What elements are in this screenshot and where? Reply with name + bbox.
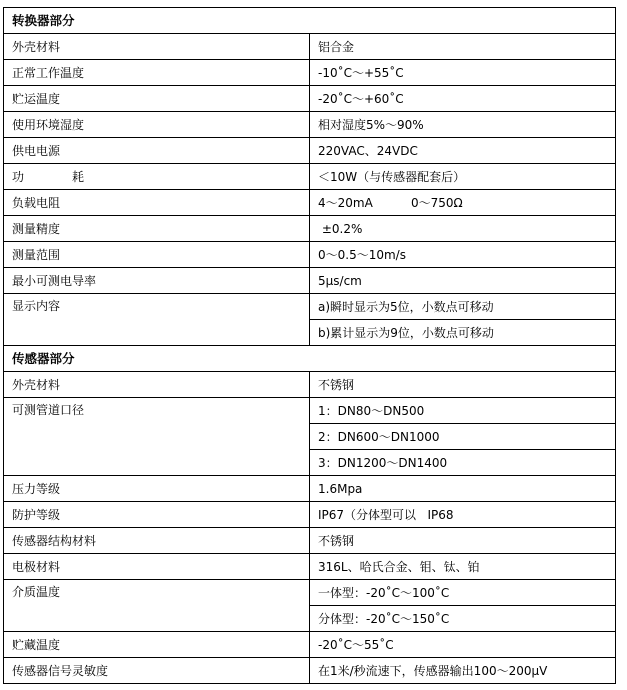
table-row: 贮藏温度 -20˚C～55˚C (4, 632, 616, 658)
row-value: 5μs/cm (310, 268, 616, 294)
table-row: 防护等级 IP67（分体型可以 IP68 (4, 502, 616, 528)
row-label: 压力等级 (4, 476, 310, 502)
section-title-sensor: 传感器部分 (4, 346, 616, 372)
table-row: 压力等级 1.6Mpa (4, 476, 616, 502)
section-title-converter: 转换器部分 (4, 8, 616, 34)
row-label: 外壳材料 (4, 34, 310, 60)
row-value: -20˚C～+60˚C (310, 86, 616, 112)
table-row: 贮运温度 -20˚C～+60˚C (4, 86, 616, 112)
row-value: 铝合金 (310, 34, 616, 60)
table-row: 测量范围 0～0.5～10m/s (4, 242, 616, 268)
row-label: 显示内容 (4, 294, 310, 346)
row-value: 1：DN80～DN500 (310, 398, 616, 424)
row-label: 测量范围 (4, 242, 310, 268)
row-label: 贮藏温度 (4, 632, 310, 658)
row-value: 相对湿度5%～90% (310, 112, 616, 138)
row-value: 不锈钢 (310, 528, 616, 554)
row-label: 测量精度 (4, 216, 310, 242)
row-value: 分体型：-20˚C～150˚C (310, 606, 616, 632)
table-row: 正常工作温度 -10˚C～+55˚C (4, 60, 616, 86)
row-label: 介质温度 (4, 580, 310, 632)
row-value: a)瞬时显示为5位，小数点可移动 (310, 294, 616, 320)
table-row: 显示内容 a)瞬时显示为5位，小数点可移动 (4, 294, 616, 320)
table-row: 外壳材料 铝合金 (4, 34, 616, 60)
row-value: 0～0.5～10m/s (310, 242, 616, 268)
table-row: 负载电阻 4～20mA 0～750Ω (4, 190, 616, 216)
row-value: 3：DN1200～DN1400 (310, 450, 616, 476)
section-header-row: 转换器部分 (4, 8, 616, 34)
table-row: 传感器结构材料 不锈钢 (4, 528, 616, 554)
table-row: 外壳材料 不锈钢 (4, 372, 616, 398)
row-label: 供电电源 (4, 138, 310, 164)
row-value: 一体型：-20˚C～100˚C (310, 580, 616, 606)
row-value: 1.6Mpa (310, 476, 616, 502)
row-value: 不锈钢 (310, 372, 616, 398)
row-value: ＜10W（与传感器配套后） (310, 164, 616, 190)
row-label: 传感器信号灵敏度 (4, 658, 310, 684)
row-value: -10˚C～+55˚C (310, 60, 616, 86)
table-row: 传感器信号灵敏度 在1米/秒流速下，传感器输出100～200μV (4, 658, 616, 684)
row-value: 在1米/秒流速下，传感器输出100～200μV (310, 658, 616, 684)
row-value: 4～20mA 0～750Ω (310, 190, 616, 216)
row-label: 最小可测电导率 (4, 268, 310, 294)
table-row: 介质温度 一体型：-20˚C～100˚C (4, 580, 616, 606)
section-header-row: 传感器部分 (4, 346, 616, 372)
table-row: 测量精度 ±0.2% (4, 216, 616, 242)
row-label: 外壳材料 (4, 372, 310, 398)
row-value: b)累计显示为9位，小数点可移动 (310, 320, 616, 346)
table-row: 使用环境湿度 相对湿度5%～90% (4, 112, 616, 138)
table-row: 供电电源 220VAC、24VDC (4, 138, 616, 164)
row-label: 贮运温度 (4, 86, 310, 112)
row-value: 220VAC、24VDC (310, 138, 616, 164)
row-label: 电极材料 (4, 554, 310, 580)
table-row: 电极材料 316L、哈氏合金、钼、钛、铂 (4, 554, 616, 580)
row-label: 功 耗 (4, 164, 310, 190)
row-label: 传感器结构材料 (4, 528, 310, 554)
table-row: 最小可测电导率 5μs/cm (4, 268, 616, 294)
row-label: 负载电阻 (4, 190, 310, 216)
row-label: 可测管道口径 (4, 398, 310, 476)
row-value: IP67（分体型可以 IP68 (310, 502, 616, 528)
table-row: 功 耗 ＜10W（与传感器配套后） (4, 164, 616, 190)
row-label: 正常工作温度 (4, 60, 310, 86)
row-value: 2：DN600～DN1000 (310, 424, 616, 450)
row-value: -20˚C～55˚C (310, 632, 616, 658)
table-row: 可测管道口径 1：DN80～DN500 (4, 398, 616, 424)
row-value: 316L、哈氏合金、钼、钛、铂 (310, 554, 616, 580)
spec-table: 转换器部分 外壳材料 铝合金 正常工作温度 -10˚C～+55˚C 贮运温度 -… (3, 7, 616, 684)
row-value: ±0.2% (310, 216, 616, 242)
row-label: 防护等级 (4, 502, 310, 528)
row-label: 使用环境湿度 (4, 112, 310, 138)
